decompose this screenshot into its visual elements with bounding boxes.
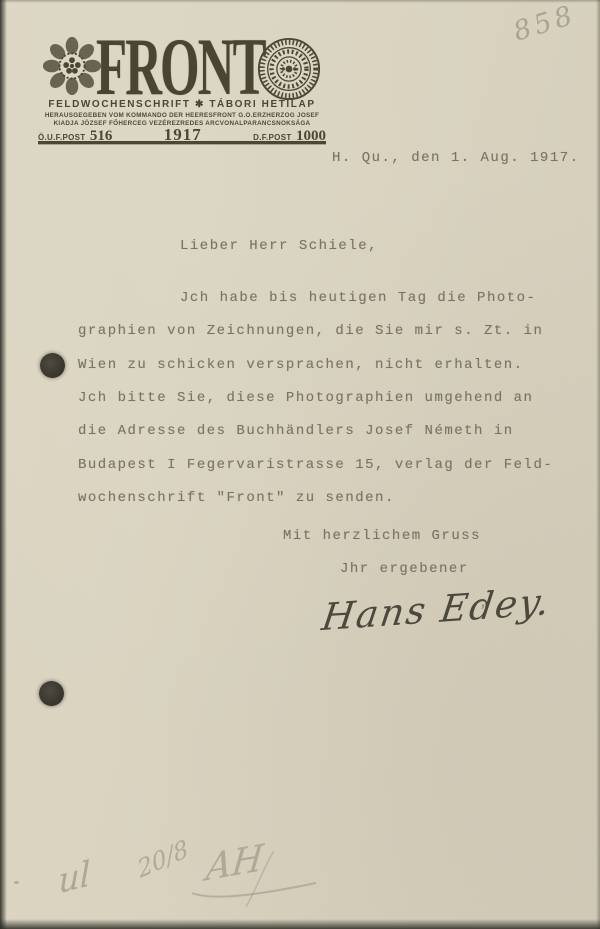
dateline: H. Qu., den 1. Aug. 1917. <box>332 150 580 166</box>
body-line: Jch bitte Sie, diese Photographien umgeh… <box>78 390 533 406</box>
pencil-note-left: ul <box>58 853 90 902</box>
paper-edge-right <box>596 0 600 929</box>
rosette-ornament-icon <box>40 34 104 98</box>
body-line: graphien von Zeichnungen, die Sie mir s.… <box>78 323 543 339</box>
closing-greeting: Mit herzlichem Gruss <box>283 528 481 544</box>
letter-scan: 858 FRONT <box>0 0 600 929</box>
masthead-rule <box>38 141 326 144</box>
paper-edge-bottom <box>0 919 600 929</box>
body-line: Budapest I Fegervaristrasse 15, verlag d… <box>78 457 553 473</box>
closing-yours: Jhr ergebener <box>340 561 469 577</box>
body-line: die Adresse des Buchhändlers Josef Német… <box>78 423 514 439</box>
paper-edge-top <box>0 0 600 3</box>
hole-punch-bottom <box>39 681 64 706</box>
handwritten-signature: Hans Edey. <box>319 580 554 640</box>
medallion-ornament-icon <box>256 36 322 102</box>
body-line: wochenschrift "Front" zu senden. <box>78 490 395 506</box>
paper-edge-left <box>0 0 7 929</box>
pencil-dot-annotation <box>14 881 19 884</box>
salutation: Lieber Herr Schiele, <box>180 238 378 254</box>
masthead-subtitle: FELDWOCHENSCHRIFT ✱ TÁBORI HETILAP <box>38 99 326 110</box>
hole-punch-top <box>40 353 65 378</box>
pencil-flourish-stroke <box>188 845 323 915</box>
archive-number-annotation: 858 <box>510 0 580 48</box>
publisher-line-german: HERAUSGEGEBEN VOM KOMMANDO DER HEERESFRO… <box>38 112 326 119</box>
body-line: Wien zu schicken versprachen, nicht erha… <box>78 357 524 373</box>
pencil-date-annotation: 20/8 <box>135 834 191 884</box>
body-line: Jch habe bis heutigen Tag die Photo- <box>180 290 536 306</box>
masthead-title: FRONT <box>96 32 265 102</box>
